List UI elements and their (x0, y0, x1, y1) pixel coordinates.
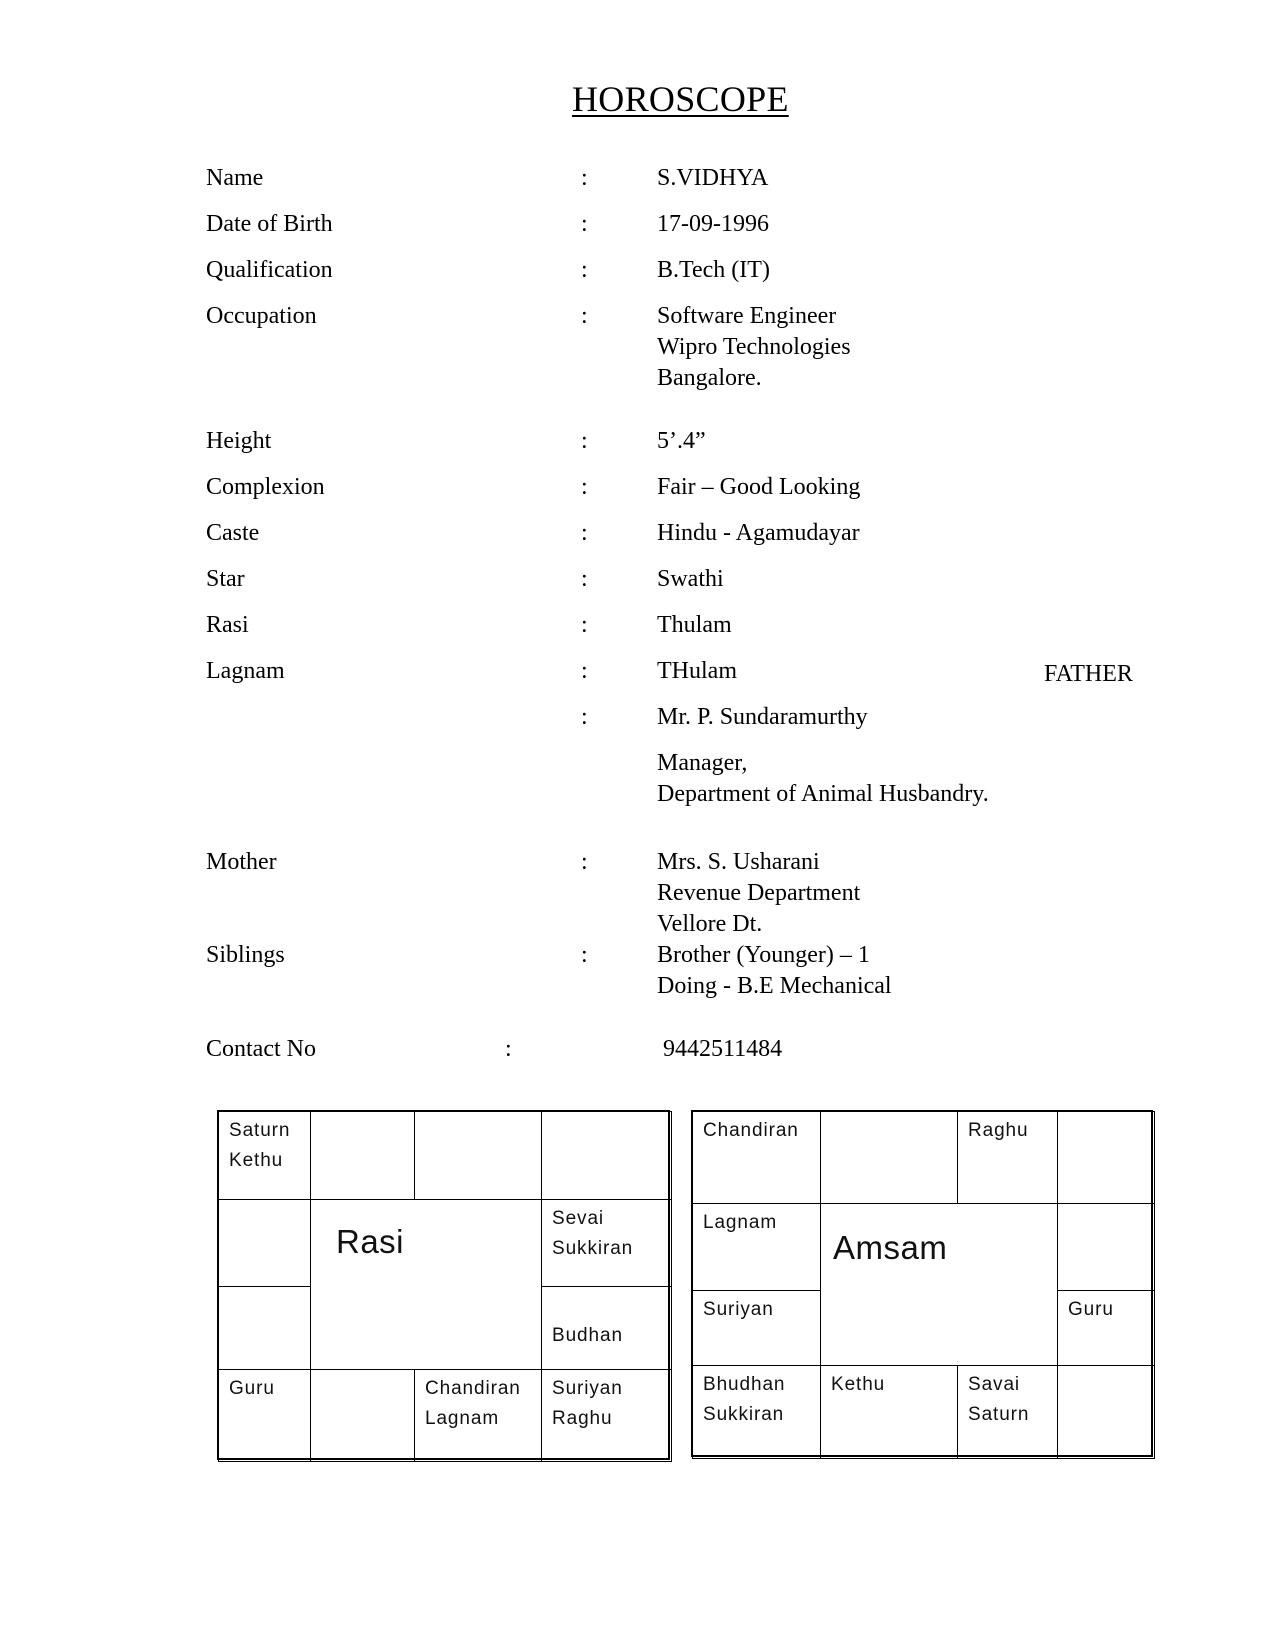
detail-value: THulam (657, 656, 737, 687)
detail-value: 5’.4” (657, 426, 706, 457)
detail-value-line: Software Engineer (657, 301, 851, 332)
chart-house: Budhan (541, 1286, 672, 1370)
chart-house: Guru (1057, 1290, 1155, 1366)
detail-value: Hindu - Agamudayar (657, 518, 860, 549)
detail-value-line: Bangalore. (657, 363, 851, 394)
chart-house: SuriyanRaghu (541, 1369, 672, 1462)
detail-label (206, 748, 212, 779)
detail-value-line: Mrs. S. Usharani (657, 847, 860, 878)
detail-value-line: Wipro Technologies (657, 332, 851, 363)
detail-colon: : (581, 702, 588, 733)
planet-label: Savai (968, 1370, 1057, 1400)
detail-value-line: Department of Animal Husbandry. (657, 779, 989, 810)
detail-value: Thulam (657, 610, 732, 641)
chart-house: Guru (218, 1369, 311, 1462)
detail-value: Software EngineerWipro TechnologiesBanga… (657, 301, 851, 394)
planet-label: Saturn (229, 1116, 310, 1146)
detail-value-line: Manager, (657, 748, 989, 779)
planet-label (552, 1291, 671, 1321)
chart-title: Rasi (336, 1222, 404, 1262)
detail-label: Height (206, 426, 271, 457)
detail-label: Occupation (206, 301, 317, 332)
planet-label: Bhudhan (703, 1370, 820, 1400)
planet-label: Saturn (968, 1400, 1057, 1430)
detail-value-line: 17-09-1996 (657, 209, 769, 240)
detail-colon: : (581, 209, 588, 240)
detail-colon: : (581, 518, 588, 549)
chart-house (1057, 1111, 1155, 1204)
chart-house (1057, 1365, 1155, 1459)
detail-colon: : (581, 426, 588, 457)
planet-label: Suriyan (703, 1295, 820, 1325)
detail-value: S.VIDHYA (657, 163, 768, 194)
detail-value-line: THulam (657, 656, 737, 687)
chart-house: Kethu (820, 1365, 958, 1459)
detail-value-line: 5’.4” (657, 426, 706, 457)
planet-label: Chandiran (425, 1374, 541, 1404)
detail-value-line: Fair – Good Looking (657, 472, 860, 503)
chart-house (541, 1111, 672, 1200)
detail-value-line: Swathi (657, 564, 724, 595)
detail-value: 17-09-1996 (657, 209, 769, 240)
detail-colon: : (581, 656, 588, 687)
detail-value: Fair – Good Looking (657, 472, 860, 503)
detail-label: Rasi (206, 610, 249, 641)
detail-value: Mr. P. Sundaramurthy (657, 702, 868, 733)
chart-house (218, 1199, 311, 1287)
planet-label: Lagnam (703, 1208, 820, 1238)
detail-colon: : (581, 255, 588, 286)
detail-label: Siblings (206, 940, 285, 971)
detail-colon (581, 748, 587, 779)
chart-house (310, 1369, 415, 1462)
chart-house: SevaiSukkiran (541, 1199, 672, 1287)
planet-label: Lagnam (425, 1404, 541, 1434)
detail-value: 9442511484 (663, 1034, 782, 1065)
page-title: HOROSCOPE (572, 79, 789, 119)
chart-house (414, 1111, 542, 1200)
detail-value: B.Tech (IT) (657, 255, 770, 286)
detail-value-line: Mr. P. Sundaramurthy (657, 702, 868, 733)
detail-label: Contact No (206, 1034, 316, 1065)
detail-value-line: Brother (Younger) – 1 (657, 940, 892, 971)
detail-value: Manager,Department of Animal Husbandry. (657, 748, 989, 810)
detail-colon: : (581, 163, 588, 194)
detail-value-line: 9442511484 (663, 1034, 782, 1065)
chart-house: BhudhanSukkiran (692, 1365, 821, 1459)
detail-value-line: Hindu - Agamudayar (657, 518, 860, 549)
detail-colon: : (581, 940, 588, 971)
detail-colon: : (581, 301, 588, 332)
detail-value: Brother (Younger) – 1Doing - B.E Mechani… (657, 940, 892, 1002)
detail-label: Lagnam (206, 656, 285, 687)
detail-value-line: S.VIDHYA (657, 163, 768, 194)
planet-label: Sukkiran (552, 1234, 671, 1264)
chart-title: Amsam (833, 1228, 947, 1268)
chart-house: SavaiSaturn (957, 1365, 1058, 1459)
detail-value-line: B.Tech (IT) (657, 255, 770, 286)
rasi-chart: SaturnKethuSevaiSukkiran BudhanGuruChand… (217, 1110, 670, 1460)
detail-label: Star (206, 564, 245, 595)
detail-label: Date of Birth (206, 209, 333, 240)
chart-house: Lagnam (692, 1203, 821, 1291)
planet-label: Guru (229, 1374, 310, 1404)
detail-colon: : (581, 564, 588, 595)
planet-label: Raghu (968, 1116, 1057, 1146)
planet-label: Guru (1068, 1295, 1154, 1325)
amsam-chart: ChandiranRaghuLagnamSuriyanGuruBhudhanSu… (691, 1110, 1153, 1457)
detail-value: Swathi (657, 564, 724, 595)
detail-colon: : (505, 1034, 512, 1065)
detail-value: Mrs. S. UsharaniRevenue DepartmentVellor… (657, 847, 860, 940)
detail-label (206, 702, 212, 733)
chart-house (1057, 1203, 1155, 1291)
chart-house: Suriyan (692, 1290, 821, 1366)
detail-label: Caste (206, 518, 259, 549)
chart-house: ChandiranLagnam (414, 1369, 542, 1462)
planet-label: Budhan (552, 1321, 671, 1351)
detail-value-line: Doing - B.E Mechanical (657, 971, 892, 1002)
detail-label: Complexion (206, 472, 325, 503)
planet-label: Sevai (552, 1204, 671, 1234)
planet-label: Suriyan (552, 1374, 671, 1404)
planet-label: Raghu (552, 1404, 671, 1434)
chart-house (310, 1111, 415, 1200)
planet-label: Kethu (229, 1146, 310, 1176)
detail-value-line: Vellore Dt. (657, 909, 860, 940)
chart-house: Raghu (957, 1111, 1058, 1204)
chart-house: SaturnKethu (218, 1111, 311, 1200)
detail-colon: : (581, 610, 588, 641)
chart-house (218, 1286, 311, 1370)
planet-label: Chandiran (703, 1116, 820, 1146)
detail-label: Mother (206, 847, 277, 878)
planet-label: Kethu (831, 1370, 957, 1400)
father-heading: FATHER (1044, 659, 1133, 690)
detail-value-line: Revenue Department (657, 878, 860, 909)
detail-value-line: Thulam (657, 610, 732, 641)
detail-label: Qualification (206, 255, 333, 286)
detail-label: Name (206, 163, 263, 194)
chart-house (820, 1111, 958, 1204)
detail-colon: : (581, 472, 588, 503)
planet-label: Sukkiran (703, 1400, 820, 1430)
detail-colon: : (581, 847, 588, 878)
chart-house: Chandiran (692, 1111, 821, 1204)
